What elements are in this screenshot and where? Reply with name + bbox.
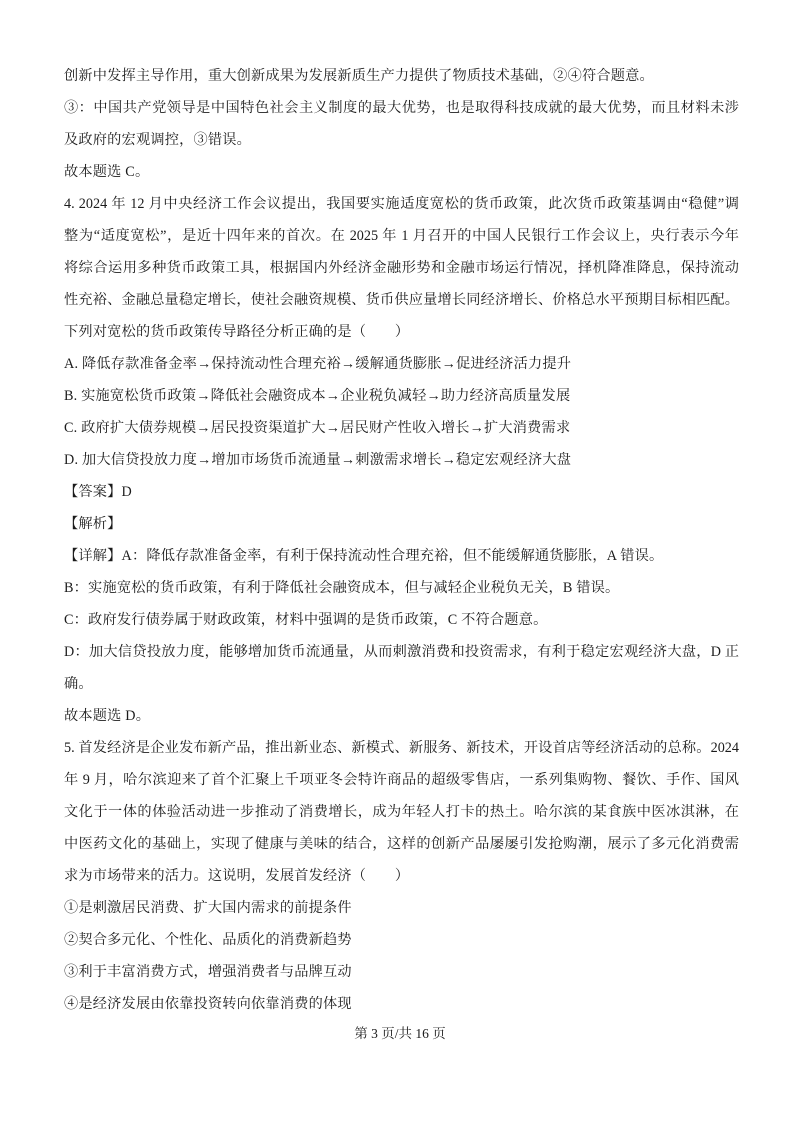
question-stem-line: 5. 首发经济是企业发布新产品，推出新业态、新模式、新服务、新技术，开设首店等经… xyxy=(64,732,739,764)
question-stem-line: 文化于一体的体验活动进一步推动了消费增长，成为年轻人打卡的热土。哈尔滨的某食族中… xyxy=(64,796,739,828)
analysis-line: 创新中发挥主导作用，重大创新成果为发展新质生产力提供了物质技术基础，②④符合题意… xyxy=(64,60,739,92)
detail-line-d-wrap: 确。 xyxy=(64,668,739,700)
option-c: C. 政府扩大债券规模→居民投资渠道扩大→居民财产性收入增长→扩大消费需求 xyxy=(64,412,739,444)
document-body: 创新中发挥主导作用，重大创新成果为发展新质生产力提供了物质技术基础，②④符合题意… xyxy=(64,60,739,1020)
page-number-indicator: 第 3 页/共 16 页 xyxy=(0,1024,800,1044)
question-prompt: 下列对宽松的货币政策传导路径分析正确的是（ ） xyxy=(64,316,739,348)
question-stem-line: 中医药文化的基础上，实现了健康与美味的结合，这样的创新产品屡屡引发抢购潮，展示了… xyxy=(64,828,739,860)
question-stem-line: 性充裕、金融总量稳定增长，使社会融资规模、货币供应量增长同经济增长、价格总水平预… xyxy=(64,284,739,316)
statement-item-4: ④是经济发展由依靠投资转向依靠消费的体现 xyxy=(64,988,739,1020)
option-a: A. 降低存款准备金率→保持流动性合理充裕→缓解通货膨胀→促进经济活力提升 xyxy=(64,348,739,380)
question-stem-line: 4. 2024 年 12 月中央经济工作会议提出，我国要实施适度宽松的货币政策，… xyxy=(64,188,739,220)
question-prompt: 求为市场带来的活力。这说明，发展首发经济（ ） xyxy=(64,860,739,892)
statement-item-2: ②契合多元化、个性化、品质化的消费新趋势 xyxy=(64,924,739,956)
question-3-analysis-block: 创新中发挥主导作用，重大创新成果为发展新质生产力提供了物质技术基础，②④符合题意… xyxy=(64,60,739,188)
detail-line-a: 【详解】A：降低存款准备金率，有利于保持流动性合理充裕，但不能缓解通货膨胀，A … xyxy=(64,540,739,572)
detail-line-d: D：加大信贷投放力度，能够增加货币流通量，从而刺激消费和投资需求，有利于稳定宏观… xyxy=(64,636,739,668)
option-d: D. 加大信贷投放力度→增加市场货币流通量→刺激需求增长→稳定宏观经济大盘 xyxy=(64,444,739,476)
analysis-line: ③：中国共产党领导是中国特色社会主义制度的最大优势，也是取得科技成就的最大优势，… xyxy=(64,92,739,124)
option-b: B. 实施宽松货币政策→降低社会融资成本→企业税负减轻→助力经济高质量发展 xyxy=(64,380,739,412)
question-stem-line: 年 9 月，哈尔滨迎来了首个汇聚上千项亚冬会特许商品的超级零售店，一系列集购物、… xyxy=(64,764,739,796)
analysis-label: 【解析】 xyxy=(64,508,739,540)
answer-line: 【答案】D xyxy=(64,476,739,508)
detail-line-b: B：实施宽松的货币政策，有利于降低社会融资成本，但与减轻企业税负无关，B 错误。 xyxy=(64,572,739,604)
conclusion-line: 故本题选 C。 xyxy=(64,156,739,188)
question-4-block: 4. 2024 年 12 月中央经济工作会议提出，我国要实施适度宽松的货币政策，… xyxy=(64,188,739,732)
statement-item-1: ①是刺激居民消费、扩大国内需求的前提条件 xyxy=(64,892,739,924)
question-stem-line: 将综合运用多种货币政策工具，根据国内外经济金融形势和金融市场运行情况，择机降准降… xyxy=(64,252,739,284)
analysis-line: 及政府的宏观调控，③错误。 xyxy=(64,124,739,156)
question-stem-line: 整为“适度宽松”，是近十四年来的首次。在 2025 年 1 月召开的中国人民银行… xyxy=(64,220,739,252)
conclusion-line: 故本题选 D。 xyxy=(64,700,739,732)
exam-document-page: 创新中发挥主导作用，重大创新成果为发展新质生产力提供了物质技术基础，②④符合题意… xyxy=(0,0,800,1131)
detail-line-c: C：政府发行债券属于财政政策，材料中强调的是货币政策，C 不符合题意。 xyxy=(64,604,739,636)
question-5-block: 5. 首发经济是企业发布新产品，推出新业态、新模式、新服务、新技术，开设首店等经… xyxy=(64,732,739,1020)
statement-item-3: ③利于丰富消费方式，增强消费者与品牌互动 xyxy=(64,956,739,988)
